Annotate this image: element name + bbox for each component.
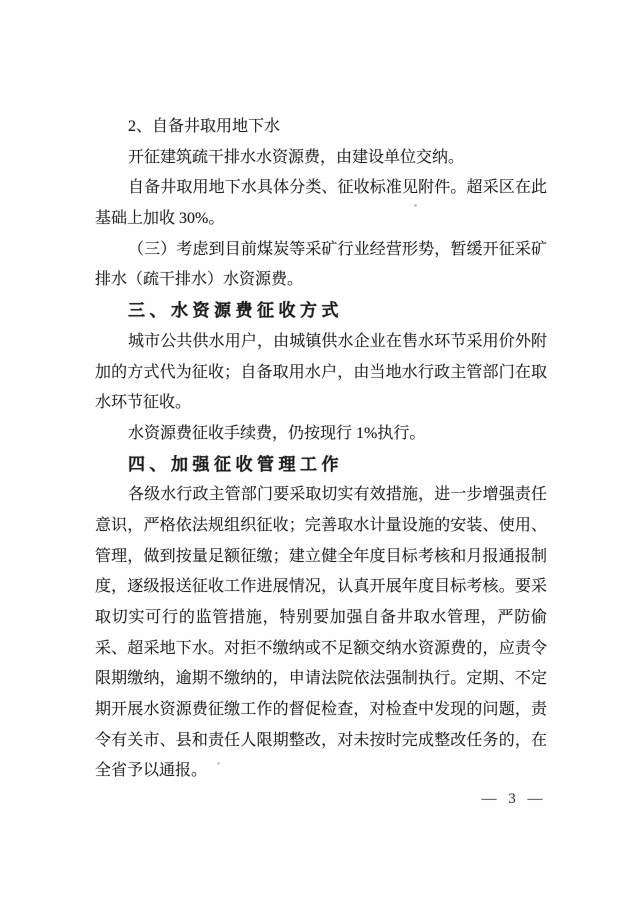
text-line: 各级水行政主管部门要采取切实有效措施，进一步增强责任 xyxy=(95,480,547,511)
section-heading: 三、水资源费征收方式 xyxy=(95,296,547,327)
text-line: 全省予以通报。 xyxy=(95,756,547,787)
text-line: 开征建筑疏干排水水资源费，由建设单位交纳。 xyxy=(95,143,547,174)
page-number: — 3 — xyxy=(466,791,562,808)
scan-speckle xyxy=(414,204,417,207)
text-line: 期开展水资源费征缴工作的督促检查，对检查中发现的问题，责 xyxy=(95,695,547,726)
scan-speckle xyxy=(217,762,220,765)
text-line: 管理，做到按量足额征缴；建立健全年度目标考核和月报通报制 xyxy=(95,542,547,573)
text-line: 令有关市、县和责任人限期整改，对未按时完成整改任务的，在 xyxy=(95,726,547,757)
text-line: 采、超采地下水。对拒不缴纳或不足额交纳水资源费的，应责令 xyxy=(95,634,547,665)
section-heading: 四、加强征收管理工作 xyxy=(95,450,547,481)
text-line: 城市公共供水用户，由城镇供水企业在售水环节采用价外附 xyxy=(95,327,547,358)
text-line: 限期缴纳，逾期不缴纳的，申请法院依法强制执行。定期、不定 xyxy=(95,664,547,695)
text-line: 度，逐级报送征收工作进展情况，认真开展年度目标考核。要采 xyxy=(95,572,547,603)
text-line: 水环节征收。 xyxy=(95,388,547,419)
scan-speckle xyxy=(530,186,532,188)
text-line: 取切实可行的监管措施，特别要加强自备井取水管理，严防偷 xyxy=(95,603,547,634)
text-line: 排水（疏干排水）水资源费。 xyxy=(95,265,547,296)
text-line: 自备井取用地下水具体分类、征收标准见附件。超采区在此 xyxy=(95,173,547,204)
text-line: （三）考虑到目前煤炭等采矿行业经营形势，暂缓开征采矿 xyxy=(95,235,547,266)
text-line: 2、自备井取用地下水 xyxy=(95,112,547,143)
document-body: 2、自备井取用地下水开征建筑疏干排水水资源费，由建设单位交纳。自备井取用地下水具… xyxy=(95,112,547,787)
text-line: 加的方式代为征收；自备取用水户，由当地水行政主管部门在取 xyxy=(95,358,547,389)
text-line: 意识，严格依法规组织征收；完善取水计量设施的安装、使用、 xyxy=(95,511,547,542)
scanned-document-page: 2、自备井取用地下水开征建筑疏干排水水资源费，由建设单位交纳。自备井取用地下水具… xyxy=(0,0,640,900)
text-line: 水资源费征收手续费，仍按现行 1%执行。 xyxy=(95,419,547,450)
text-line: 基础上加收 30%。 xyxy=(95,204,547,235)
